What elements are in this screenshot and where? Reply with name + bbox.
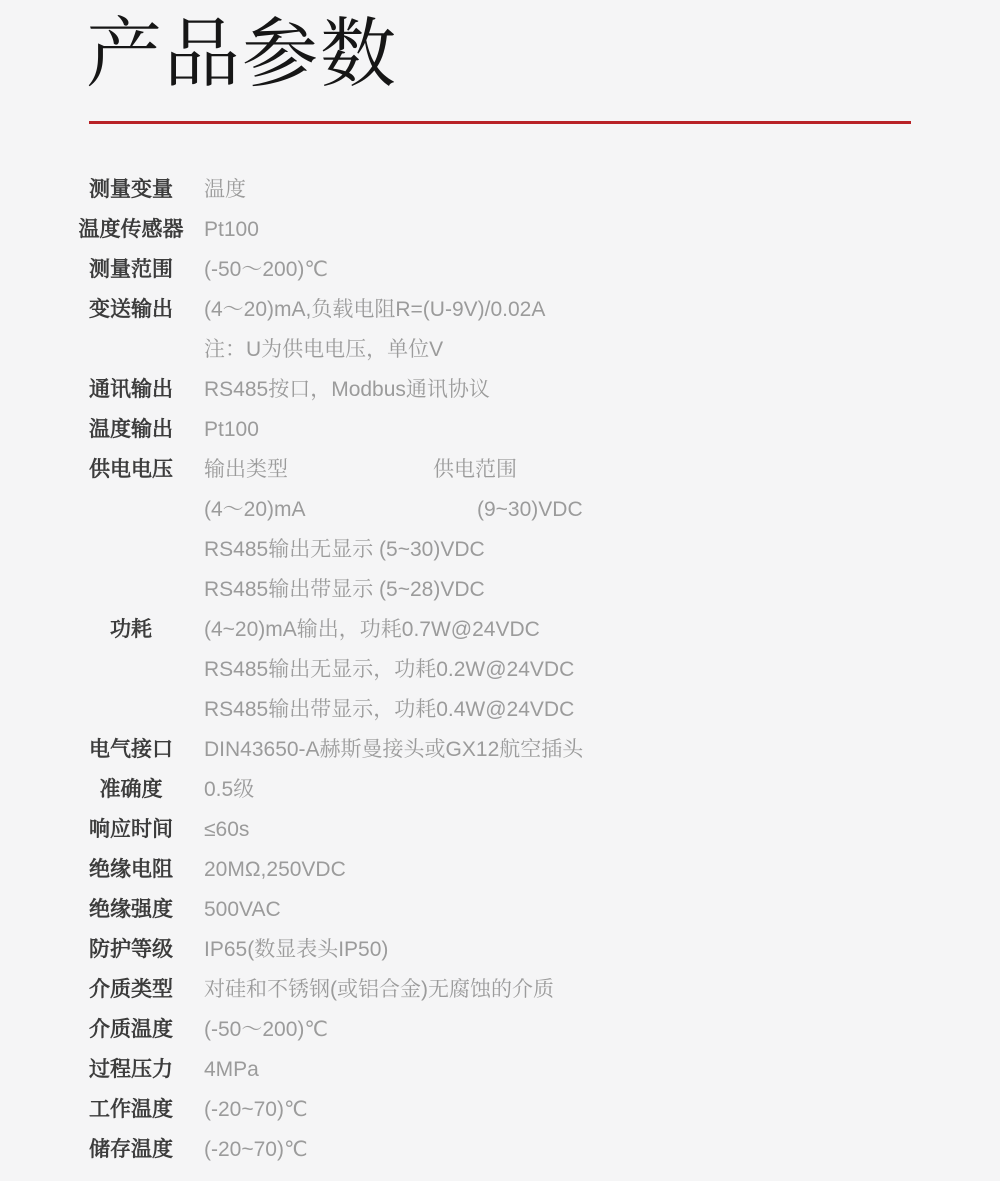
spec-value-line: (-50～200)℃: [204, 250, 328, 290]
spec-row: 温度输出Pt100: [60, 410, 1000, 450]
spec-value-line: (4～20)mA,负载电阻R=(U-9V)/0.02A: [204, 290, 545, 330]
spec-label: 工作温度: [60, 1090, 202, 1130]
spec-label: 温度传感器: [60, 210, 202, 250]
spec-label: 响应时间: [60, 810, 202, 850]
spec-row: 工作温度(-20~70)℃: [60, 1090, 1000, 1130]
spec-row: 测量变量温度: [60, 170, 1000, 210]
spec-row: 过程压力4MPa: [60, 1050, 1000, 1090]
spec-value-line: RS485输出无显示，功耗0.2W@24VDC: [204, 650, 574, 690]
spec-label: 测量范围: [60, 250, 202, 290]
spec-label: 供电电压: [60, 450, 202, 490]
spec-value-line: RS485输出带显示，功耗0.4W@24VDC: [204, 690, 574, 730]
spec-row: 绝缘电阻20MΩ,250VDC: [60, 850, 1000, 890]
spec-values: 对硅和不锈钢(或铝合金)无腐蚀的介质: [204, 970, 554, 1010]
spec-value-line: IP65(数显表头IP50): [204, 930, 388, 970]
spec-value-line: 500VAC: [204, 890, 281, 930]
spec-row: 储存温度(-20~70)℃: [60, 1130, 1000, 1170]
spec-values: Pt100: [204, 210, 259, 250]
power-supply-range-cell: 供电范围: [433, 458, 517, 481]
spec-row: 介质温度(-50～200)℃: [60, 1010, 1000, 1050]
spec-value-line: 对硅和不锈钢(或铝合金)无腐蚀的介质: [204, 970, 554, 1010]
power-supply-range-cell: (9~30)VDC: [477, 498, 583, 521]
spec-values: RS485按口，Modbus通讯协议: [204, 370, 490, 410]
spec-value-line: 注：U为供电电压，单位V: [204, 330, 545, 370]
spec-values: (4～20)mA,负载电阻R=(U-9V)/0.02A注：U为供电电压，单位V: [204, 290, 545, 370]
spec-value-line: Pt100: [204, 210, 259, 250]
spec-label: 测量变量: [60, 170, 202, 210]
spec-value-line: (4~20)mA输出，功耗0.7W@24VDC: [204, 610, 574, 650]
spec-values: 20MΩ,250VDC: [204, 850, 346, 890]
spec-row: 防护等级IP65(数显表头IP50): [60, 930, 1000, 970]
spec-value-line: RS485输出带显示 (5~28)VDC: [204, 570, 583, 610]
spec-label: 通讯输出: [60, 370, 202, 410]
spec-row: 供电电压输出类型供电范围(4～20)mA(9~30)VDCRS485输出无显示 …: [60, 450, 1000, 610]
spec-values: (-50～200)℃: [204, 1010, 328, 1050]
spec-values: 输出类型供电范围(4～20)mA(9~30)VDCRS485输出无显示 (5~3…: [204, 450, 583, 610]
spec-values: 4MPa: [204, 1050, 259, 1090]
spec-values: Pt100: [204, 410, 259, 450]
page-header: 产品参数: [0, 0, 1000, 97]
spec-label: 电气接口: [60, 730, 202, 770]
power-output-type-cell: (4～20)mA: [204, 490, 477, 530]
spec-value-line: 4MPa: [204, 1050, 259, 1090]
spec-value-line: DIN43650-A赫斯曼接头或GX12航空插头: [204, 730, 583, 770]
spec-values: 0.5级: [204, 770, 254, 810]
spec-label: 介质类型: [60, 970, 202, 1010]
spec-label: 准确度: [60, 770, 202, 810]
spec-row: 绝缘强度500VAC: [60, 890, 1000, 930]
spec-label: 绝缘强度: [60, 890, 202, 930]
spec-label: 功耗: [60, 610, 202, 650]
spec-value-line: Pt100: [204, 410, 259, 450]
spec-label: 变送输出: [60, 290, 202, 330]
page-title: 产品参数: [86, 12, 1000, 97]
spec-label: 储存温度: [60, 1130, 202, 1170]
spec-label: 防护等级: [60, 930, 202, 970]
spec-values: DIN43650-A赫斯曼接头或GX12航空插头: [204, 730, 583, 770]
spec-values: IP65(数显表头IP50): [204, 930, 388, 970]
spec-row: 电气接口DIN43650-A赫斯曼接头或GX12航空插头: [60, 730, 1000, 770]
spec-value-line: ≤60s: [204, 810, 249, 850]
spec-value-line: (-20~70)℃: [204, 1130, 308, 1170]
spec-row: 变送输出(4～20)mA,负载电阻R=(U-9V)/0.02A注：U为供电电压，…: [60, 290, 1000, 370]
spec-label: 绝缘电阻: [60, 850, 202, 890]
title-divider: [89, 121, 911, 124]
spec-values: (-20~70)℃: [204, 1090, 308, 1130]
spec-value-line: RS485按口，Modbus通讯协议: [204, 370, 490, 410]
spec-value-line: 温度: [204, 170, 246, 210]
spec-values: 500VAC: [204, 890, 281, 930]
spec-row: 通讯输出RS485按口，Modbus通讯协议: [60, 370, 1000, 410]
spec-values: (-20~70)℃: [204, 1130, 308, 1170]
spec-label: 温度输出: [60, 410, 202, 450]
spec-row: 功耗(4~20)mA输出，功耗0.7W@24VDCRS485输出无显示，功耗0.…: [60, 610, 1000, 730]
spec-values: (-50～200)℃: [204, 250, 328, 290]
spec-value-line: (4～20)mA(9~30)VDC: [204, 490, 583, 530]
spec-row: 温度传感器Pt100: [60, 210, 1000, 250]
spec-value-line: 输出类型供电范围: [204, 450, 583, 490]
spec-value-line: 0.5级: [204, 770, 254, 810]
spec-value-line: RS485输出无显示 (5~30)VDC: [204, 530, 583, 570]
spec-row: 介质类型对硅和不锈钢(或铝合金)无腐蚀的介质: [60, 970, 1000, 1010]
spec-values: (4~20)mA输出，功耗0.7W@24VDCRS485输出无显示，功耗0.2W…: [204, 610, 574, 730]
spec-row: 准确度0.5级: [60, 770, 1000, 810]
spec-label: 过程压力: [60, 1050, 202, 1090]
spec-row: 测量范围(-50～200)℃: [60, 250, 1000, 290]
spec-value-line: 20MΩ,250VDC: [204, 850, 346, 890]
spec-value-line: (-20~70)℃: [204, 1090, 308, 1130]
spec-row: 响应时间≤60s: [60, 810, 1000, 850]
spec-table: 测量变量温度温度传感器Pt100测量范围(-50～200)℃变送输出(4～20)…: [0, 170, 1000, 1170]
spec-label: 介质温度: [60, 1010, 202, 1050]
spec-value-line: (-50～200)℃: [204, 1010, 328, 1050]
spec-values: ≤60s: [204, 810, 249, 850]
power-output-type-cell: 输出类型: [204, 450, 433, 490]
spec-values: 温度: [204, 170, 246, 210]
